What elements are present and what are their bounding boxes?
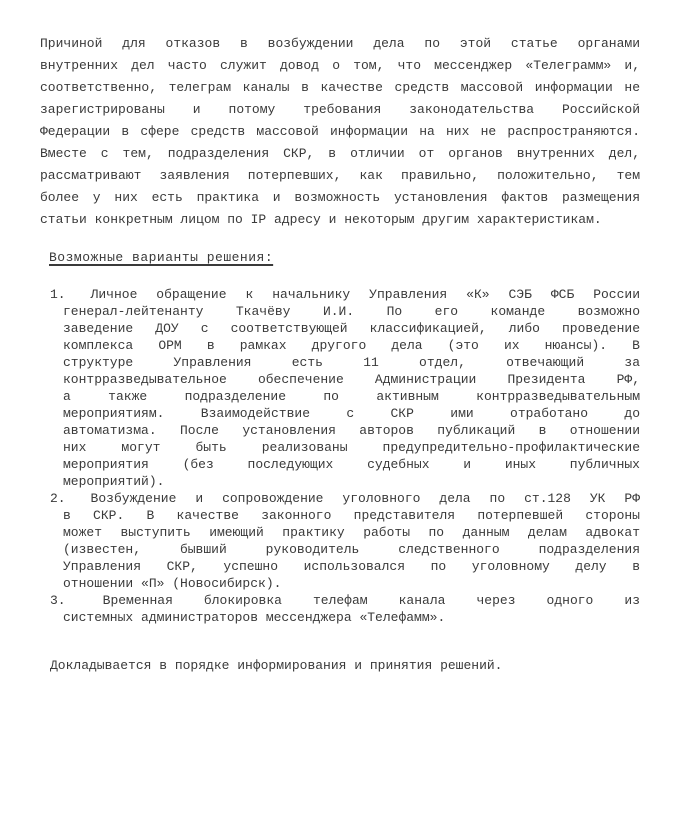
text-line: автоматизма. После установления авторов …	[63, 422, 640, 439]
text-line: Федерации в сфере средств массовой инфор…	[40, 121, 640, 143]
list-item-number: 2.	[50, 491, 66, 506]
text-line: заведение ДОУ с соответствующей классифи…	[63, 320, 640, 337]
text-line: Причиной для отказов в возбуждении дела …	[40, 33, 640, 55]
text-line: рассматривают заявления потерпевших, как…	[40, 165, 640, 187]
text-line: комплекса ОРМ в рамках другого дела (это…	[63, 337, 640, 354]
text-line: зарегистрированы и потому требования зак…	[40, 99, 640, 121]
text-line: в СКР. В качестве законного представител…	[63, 507, 640, 524]
text-line: (известен, бывший руководитель следствен…	[63, 541, 640, 558]
text-line: 3. Временная блокировка телефам канала ч…	[50, 592, 640, 609]
intro-paragraph: Причиной для отказов в возбуждении дела …	[40, 33, 640, 231]
text-line: внутренних дел часто служит довод о том,…	[40, 55, 640, 77]
text-line: более у них есть практика и возможность …	[40, 187, 640, 209]
document-page: Причиной для отказов в возбуждении дела …	[0, 0, 680, 837]
options-list: 1. Личное обращение к начальнику Управле…	[40, 286, 640, 626]
text-line: статьи конкретным лицом по IP адресу и н…	[40, 209, 640, 231]
text-line: а также подразделение по активным контрр…	[63, 388, 640, 405]
text-line: мероприятиям. Взаимодействие с СКР ими о…	[63, 405, 640, 422]
section-heading: Возможные варианты решения:	[49, 247, 640, 269]
text-line: Вместе с тем, подразделения СКР, в отлич…	[40, 143, 640, 165]
text-line: Управления СКР, успешно использовался по…	[63, 558, 640, 575]
closing-paragraph: Докладывается в порядке информирования и…	[50, 655, 640, 677]
text-line: отношении «П» (Новосибирск).	[63, 575, 640, 592]
list-item-1: 1. Личное обращение к начальнику Управле…	[40, 286, 640, 490]
list-item-3: 3. Временная блокировка телефам канала ч…	[40, 592, 640, 626]
text-line: может выступить имеющий практику работы …	[63, 524, 640, 541]
document-body: Причиной для отказов в возбуждении дела …	[40, 33, 640, 677]
text-line: мероприятия (без последующих судебных и …	[63, 456, 640, 473]
text-line: соответственно, телеграм каналы в качест…	[40, 77, 640, 99]
text-line: структуре Управления есть 11 отдел, отве…	[63, 354, 640, 371]
text-line: 2. Возбуждение и сопровождение уголовног…	[50, 490, 640, 507]
text-line: контрразведывательное обеспечение Админи…	[63, 371, 640, 388]
text-line: 1. Личное обращение к начальнику Управле…	[50, 286, 640, 303]
list-item-2: 2. Возбуждение и сопровождение уголовног…	[40, 490, 640, 592]
text-line: системных администраторов мессенджера «Т…	[63, 609, 640, 626]
text-line: генерал-лейтенанту Ткачёву И.И. По его к…	[63, 303, 640, 320]
text-line: них могут быть реализованы предупредител…	[63, 439, 640, 456]
text-line: Докладывается в порядке информирования и…	[50, 655, 640, 677]
text-line: мероприятий).	[63, 473, 640, 490]
list-item-number: 1.	[50, 287, 66, 302]
list-item-number: 3.	[50, 593, 66, 608]
section-heading-text: Возможные варианты решения:	[49, 250, 273, 265]
